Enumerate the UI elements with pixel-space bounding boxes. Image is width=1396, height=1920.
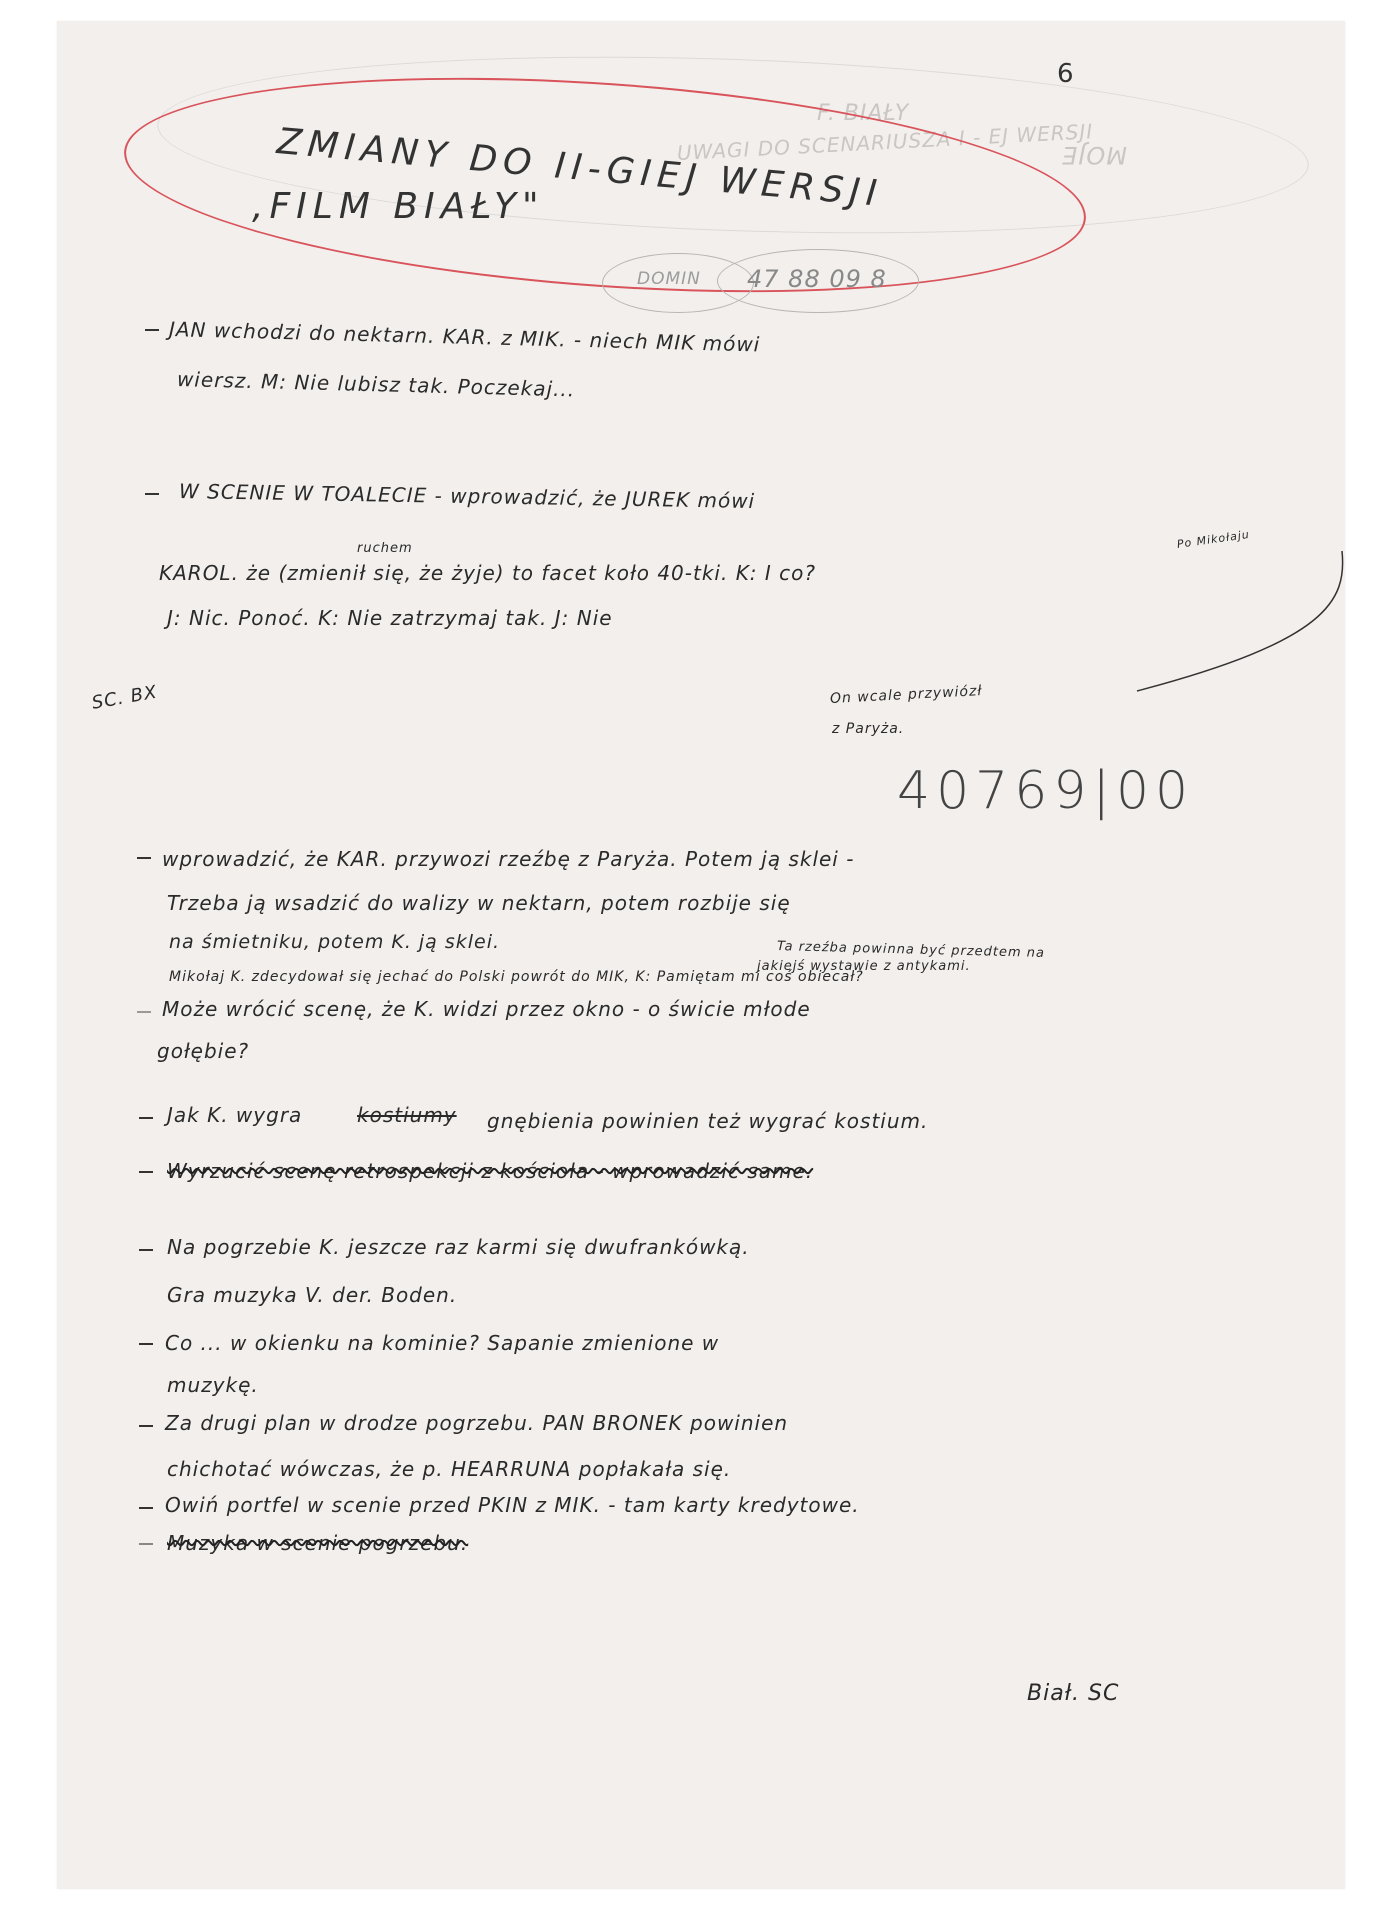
item-1-line-2: wiersz. M: Nie lubisz tak. Poczekaj...	[177, 367, 576, 401]
item-3-line-1: wprowadzić, że KAR. przywozi rzeźbę z Pa…	[162, 847, 854, 871]
bullet-dash	[139, 1171, 153, 1173]
item-2-line-2: KAROL. że (zmienił się, że żyje) to face…	[159, 561, 816, 585]
bullet-dash	[139, 1425, 153, 1427]
item-1-line-1: JAN wchodzi do nektarn. KAR. z MIK. - ni…	[169, 317, 761, 356]
bullet-dash	[145, 493, 159, 495]
item-2-line-3: J: Nic. Ponoć. K: Nie zatrzymaj tak. J: …	[167, 606, 613, 630]
item-3-line-2: Trzeba ją wsadzić do walizy w nektarn, p…	[167, 891, 791, 915]
item-2-line-1: W SCENIE W TOALECIE - wprowadzić, że JUR…	[179, 479, 756, 513]
item-4-line-2: gołębie?	[157, 1039, 249, 1063]
title-line-2: ,FILM BIAŁY"	[252, 186, 545, 227]
faint-pencil-right: MOJE	[1061, 141, 1127, 169]
item-9-line-2: chichotać wówczas, że p. HEARRUNA popłak…	[167, 1457, 731, 1481]
footer-note: Biał. SC	[1027, 1681, 1119, 1706]
margin-note-left: SC. BX	[90, 682, 159, 714]
bullet-dash	[139, 1117, 153, 1119]
margin-note-right-2: z Paryża.	[832, 721, 904, 737]
item-10-line-1: Owiń portfel w scenie przed PKIN z MIK. …	[165, 1493, 860, 1517]
item-7-line-2: Gra muzyka V. der. Boden.	[167, 1283, 457, 1307]
connector-curve	[1097, 541, 1357, 701]
item-4-line-1: Może wrócić scenę, że K. widzi przez okn…	[162, 997, 811, 1021]
item-9-line-1: Za drugi plan w drodze pogrzebu. PAN BRO…	[165, 1411, 788, 1435]
margin-note-right-1: On wcale przywiózł	[830, 683, 983, 707]
item-11-struck: Muzyka w scenie pogrzebu.	[167, 1531, 468, 1555]
bullet-dash	[139, 1343, 153, 1345]
item-2-insert: ruchem	[357, 541, 413, 556]
item-3-line-3-insert: Ta rzeźba powinna być przedtem na	[777, 939, 1045, 961]
item-5-line-1: Jak K. wygra	[167, 1103, 302, 1127]
item-6-struck: Wyrzucić scenę retrospekcji z kościoła -…	[167, 1159, 813, 1183]
item-8-line-2: muzykę.	[167, 1373, 259, 1397]
item-7-line-1: Na pogrzebie K. jeszcze raz karmi się dw…	[167, 1235, 750, 1259]
bullet-dash	[137, 1011, 151, 1013]
bullet-dash	[139, 1507, 153, 1509]
phone-label: DOMIN	[637, 269, 701, 289]
item-3-line-3: na śmietniku, potem K. ją sklei.	[169, 931, 500, 953]
item-5-line-1-rest: gnębienia powinien też wygrać kostium.	[487, 1109, 928, 1133]
item-5-struck-word: kostiumy	[357, 1103, 457, 1127]
big-number: 40769|00	[897, 761, 1194, 821]
item-8-line-1: Co ... w okienku na kominie? Sapanie zmi…	[165, 1331, 719, 1355]
bullet-dash	[137, 857, 151, 859]
phone-number: 47 88 09 8	[747, 265, 887, 293]
document-page: 6 F. BIAŁY UWAGI DO SCENARIUSZA I - EJ W…	[57, 21, 1345, 1889]
item-3-line-4-insert: jakiejś wystawie z antykami.	[757, 959, 971, 974]
bullet-dash	[139, 1249, 153, 1251]
bullet-dash	[145, 329, 159, 331]
bullet-dash	[139, 1543, 153, 1545]
